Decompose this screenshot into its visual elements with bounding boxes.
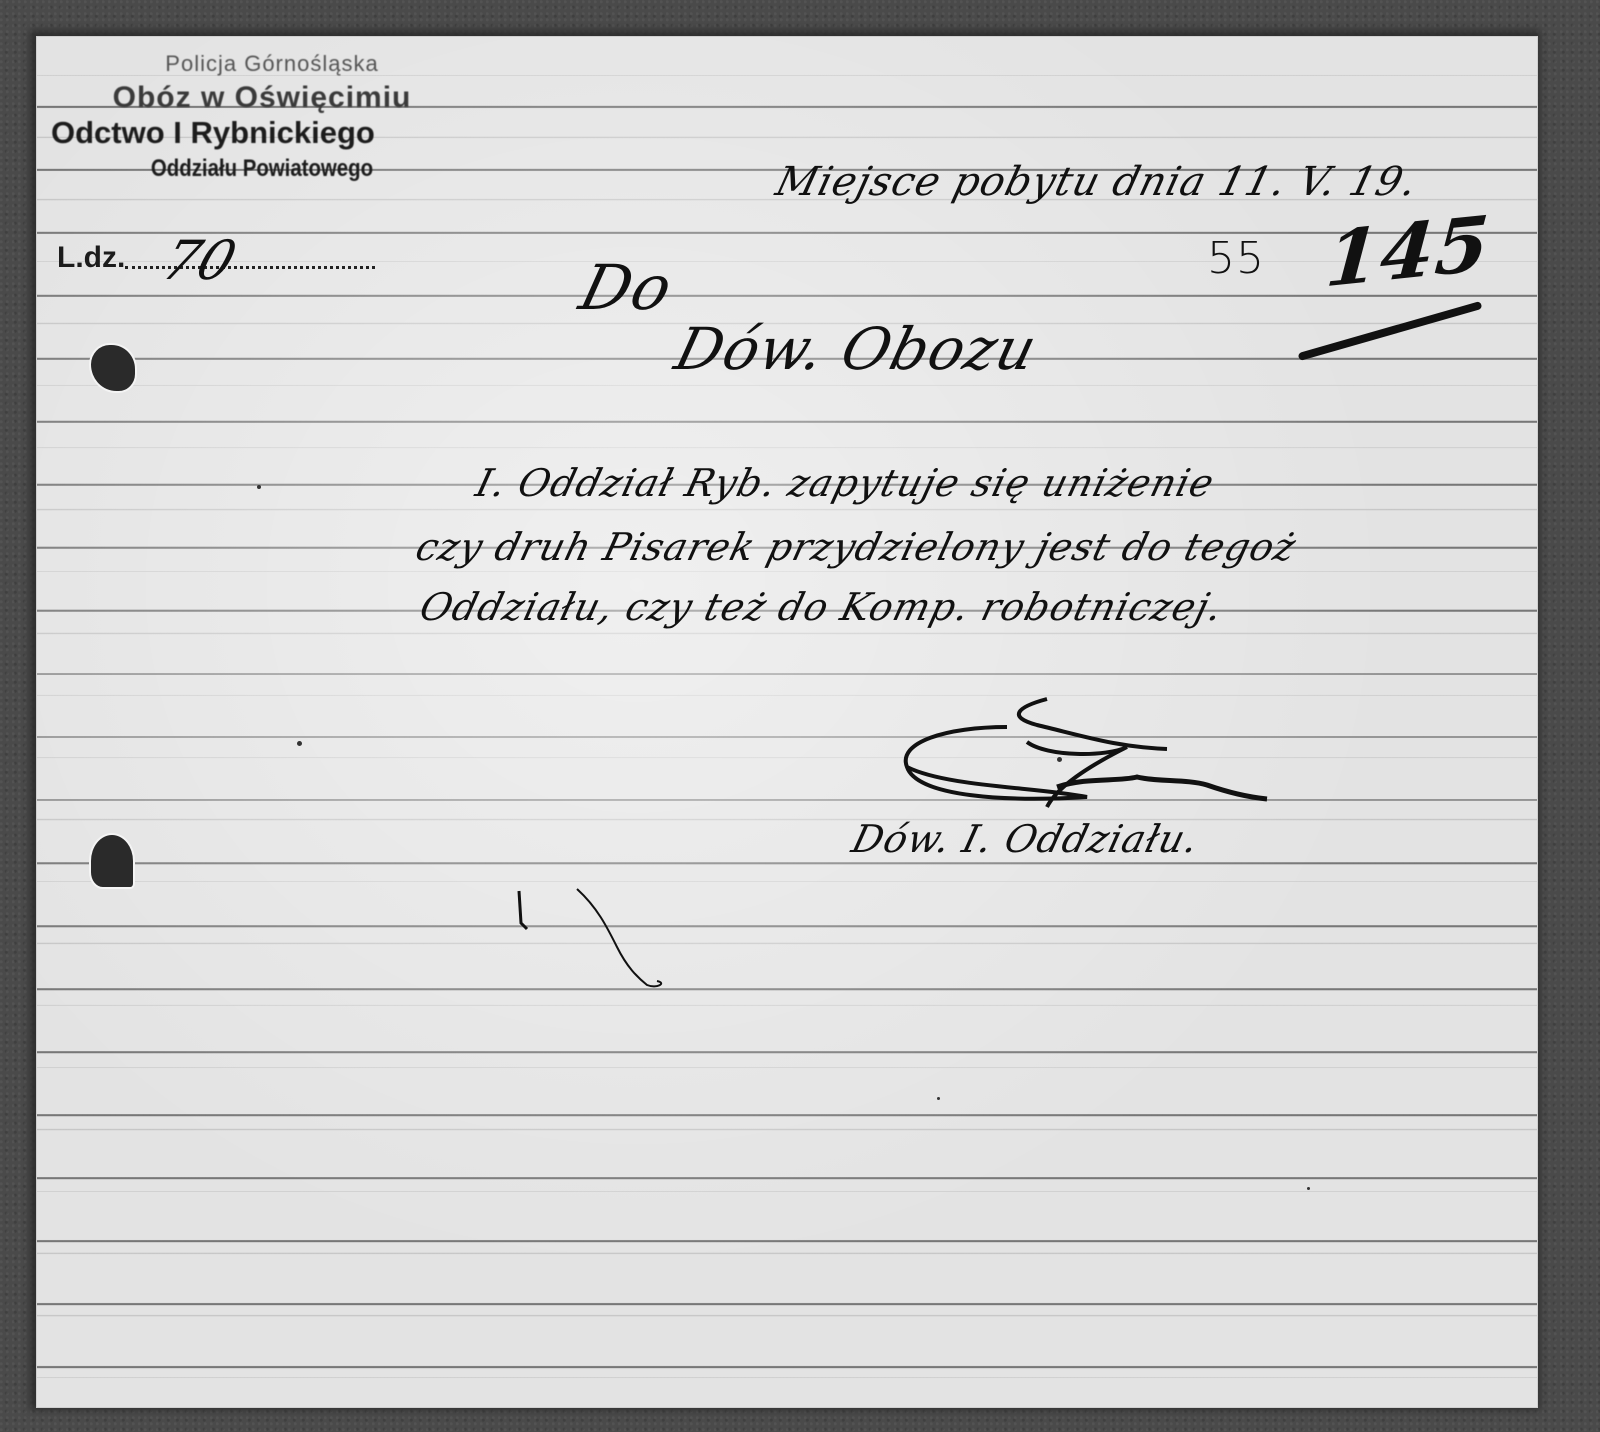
document-paper: Policja Górnośląska Obóz w Oświęcimiu Od… (36, 36, 1538, 1408)
place-date-line: Miejsce pobytu dnia 11. V. 19. (771, 159, 1422, 205)
paper-speck (937, 1097, 940, 1100)
reference-number: 55 (1207, 233, 1265, 284)
body-line-1: I. Oddział Ryb. zapytuje się uniżenie (472, 461, 1220, 505)
ledger-number: 70 (155, 229, 244, 292)
punch-hole-bottom (89, 833, 135, 889)
salutation-to: Do (573, 251, 680, 324)
paper-speck (257, 485, 261, 489)
signature-mark (887, 687, 1287, 827)
official-stamp: Policja Górnośląska Obóz w Oświęcimiu Od… (47, 51, 477, 183)
body-line-3: Oddziału, czy też do Komp. robotniczej. (416, 585, 1228, 629)
stamp-line-4: Oddziału Powiatowego (79, 155, 445, 183)
stamp-line-1: Policja Górnośląska (67, 51, 477, 77)
salutation-recipient: Dów. Obozu (669, 315, 1045, 383)
body-line-2: czy druh Pisarek przydzielony jest do te… (412, 525, 1301, 569)
file-number: 145 (1323, 199, 1493, 304)
ledger-number-row: L.dz. 70 (57, 241, 375, 275)
ledger-label: L.dz. (57, 241, 125, 275)
ledger-line: 70 (125, 265, 375, 269)
paper-speck (297, 741, 302, 746)
signatory-title: Dów. I. Oddziału. (848, 817, 1204, 861)
punch-hole-top (89, 343, 137, 393)
paper-speck (1057, 757, 1062, 762)
file-number-underline (1298, 301, 1483, 361)
stamp-line-2: Obóz w Oświęcimiu (47, 81, 477, 115)
stamp-line-3: Odctwo I Rybnickiego (47, 115, 477, 151)
stray-pen-marks (507, 877, 707, 997)
paper-speck (1307, 1187, 1310, 1190)
